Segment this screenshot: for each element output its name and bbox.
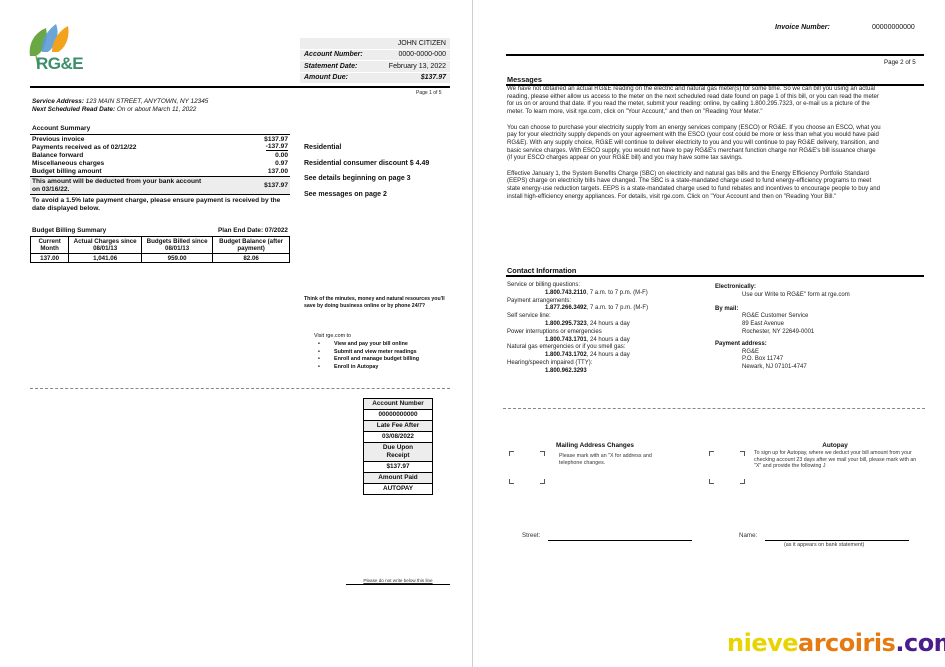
mail-line: 89 East Avenue bbox=[715, 321, 915, 329]
tear-line bbox=[30, 388, 450, 389]
summary-total-value: $137.97 bbox=[264, 182, 288, 190]
contact-label: Natural gas emergencies or if you smell … bbox=[507, 344, 712, 352]
autopay-checkbox[interactable] bbox=[709, 451, 745, 484]
bullet-icon: • bbox=[318, 341, 334, 349]
watermark-part: arcoiris bbox=[798, 629, 895, 657]
watermark-part: .com bbox=[895, 629, 945, 657]
bill-page-1: RG&E JOHN CITIZEN Account Number: 0000-0… bbox=[0, 0, 472, 667]
summary-value: $137.97 bbox=[264, 136, 288, 143]
list-item: •Submit and view meter readings bbox=[314, 349, 419, 357]
tear-line bbox=[503, 408, 925, 409]
rate-info: Residential Residential consumer discoun… bbox=[304, 143, 444, 205]
summary-value: 0.00 bbox=[275, 152, 288, 159]
summary-total-row: This amount will be deducted from your b… bbox=[30, 176, 290, 195]
column-header: Current Month bbox=[31, 237, 69, 254]
header-rule bbox=[30, 86, 450, 88]
watermark-part: nieve bbox=[727, 629, 798, 657]
list-item: •Enroll in Autopay bbox=[314, 364, 419, 372]
mailing-changes-text: Please mark with an "X for address and t… bbox=[559, 453, 669, 466]
stub-cell: Due Upon Receipt bbox=[363, 443, 433, 462]
summary-label: Balance forward bbox=[32, 152, 83, 159]
stub-cell: Late Fee After bbox=[363, 421, 433, 432]
contact-label: Power interruptions or emergencies bbox=[507, 329, 712, 337]
invoice-number-value: 00000000000 bbox=[872, 24, 915, 31]
stub-cell: Account Number bbox=[363, 398, 433, 410]
invoice-number-label: Invoice Number: bbox=[775, 24, 830, 31]
section-rule bbox=[506, 275, 924, 277]
column-header: Budget Balance (after payment) bbox=[213, 237, 290, 254]
contact-label: Self service line: bbox=[507, 313, 712, 321]
summary-value: 137.00 bbox=[268, 168, 288, 175]
payment-address-label: Payment address: bbox=[715, 341, 915, 349]
mail-line: RG&E Customer Service bbox=[715, 313, 915, 321]
late-payment-warning: To avoid a 1.5% late payment charge, ple… bbox=[30, 195, 290, 212]
mailing-changes-title: Mailing Address Changes bbox=[540, 442, 650, 449]
message-paragraph: Effective January 1, the System Benefits… bbox=[507, 170, 882, 201]
invoice-number: Invoice Number: 00000000000 bbox=[775, 24, 830, 31]
page-number: Page 1 of 5 bbox=[416, 90, 442, 96]
phone-number[interactable]: 1.877.266.3492 bbox=[545, 305, 587, 311]
summary-value: 0.97 bbox=[275, 160, 288, 167]
message-paragraph: You can choose to purchase your electric… bbox=[507, 124, 882, 163]
table-cell: 137.00 bbox=[31, 254, 69, 263]
name-field[interactable] bbox=[765, 540, 909, 541]
mail-label: By mail: bbox=[715, 306, 915, 314]
statement-date-label: Statement Date: bbox=[304, 63, 357, 70]
messages-title: Messages bbox=[507, 75, 542, 84]
account-summary: Account Summary Previous invoice$137.97 … bbox=[30, 125, 290, 212]
summary-row: Payments received as of 02/12/22-137.97 bbox=[30, 143, 290, 151]
contact-label: Service or billing questions: bbox=[507, 282, 712, 290]
summary-row: Previous invoice$137.97 bbox=[30, 135, 290, 143]
summary-row: Miscellaneous charges0.97 bbox=[30, 160, 290, 168]
payment-stub: Account Number 00000000000 Late Fee Afte… bbox=[363, 398, 433, 495]
amount-due-row: Amount Due: $137.97 bbox=[300, 73, 450, 85]
page-number: Page 2 of 5 bbox=[884, 59, 916, 66]
list-item-text: Enroll and manage budget billing bbox=[334, 356, 419, 362]
phone-number[interactable]: 1.800.295.7323 bbox=[545, 321, 587, 327]
messages-reference: See messages on page 2 bbox=[304, 190, 444, 200]
street-field[interactable] bbox=[548, 540, 692, 541]
electronically-label: Electronically: bbox=[715, 284, 915, 292]
amount-due-label: Amount Due: bbox=[304, 74, 348, 81]
summary-label: Payments received as of 02/12/22 bbox=[32, 144, 136, 151]
consumer-discount: Residential consumer discount $ 4.49 bbox=[304, 159, 444, 169]
list-item-text: Submit and view meter readings bbox=[334, 349, 417, 355]
phone-hours: , 24 hours a day bbox=[587, 321, 630, 327]
payment-line: RG&E bbox=[715, 349, 915, 357]
table-row: 137.00 1,041.06 959.00 82.06 bbox=[31, 254, 290, 263]
contact-label: Payment arrangements: bbox=[507, 298, 712, 306]
account-number-row: Account Number: 0000-0000-000 bbox=[300, 50, 450, 62]
watermark-logo: nievearcoiris.com bbox=[727, 629, 945, 657]
phone-hours: , 7 a.m. to 7 p.m. (M-F) bbox=[586, 290, 647, 296]
header-rule bbox=[506, 54, 924, 56]
service-address-value: 123 MAIN STREET, ANYTOWN, NY 12345 bbox=[86, 98, 209, 105]
stub-cell: $137.97 bbox=[363, 462, 433, 473]
list-item-text: Enroll in Autopay bbox=[334, 364, 378, 370]
summary-label: Budget billing amount bbox=[32, 168, 102, 175]
service-address-label: Service Address: bbox=[32, 98, 84, 105]
amount-due-value: $137.97 bbox=[421, 74, 446, 81]
bullet-icon: • bbox=[318, 349, 334, 357]
table-cell: 1,041.06 bbox=[69, 254, 142, 263]
contact-phones: Service or billing questions: 1.800.743.… bbox=[507, 282, 712, 376]
phone-number[interactable]: 1.800.743.1701 bbox=[545, 337, 587, 343]
visit-website-list: Visit rge.com to •View and pay your bill… bbox=[314, 333, 419, 372]
name-field-note: (as it appears on bank statement) bbox=[784, 542, 864, 548]
summary-row: Budget billing amount137.00 bbox=[30, 168, 290, 176]
stub-cell: 03/08/2022 bbox=[363, 432, 433, 443]
contact-label: Hearing/speech impaired (TTY): bbox=[507, 360, 712, 368]
statement-date-row: Statement Date: February 13, 2022 bbox=[300, 61, 450, 73]
list-item-text: View and pay your bill online bbox=[334, 341, 408, 347]
summary-label: Previous invoice bbox=[32, 136, 84, 143]
table-cell: 82.06 bbox=[213, 254, 290, 263]
account-number-label: Account Number: bbox=[304, 51, 363, 58]
budget-billing-table: Current Month Actual Charges since 08/01… bbox=[30, 236, 290, 263]
summary-label: Miscellaneous charges bbox=[32, 160, 104, 167]
contact-title: Contact Information bbox=[507, 266, 576, 275]
messages-body: We have not obtained an actual RG&E read… bbox=[507, 85, 882, 208]
stub-cell: 00000000000 bbox=[363, 410, 433, 421]
name-label: Name: bbox=[739, 532, 757, 539]
address-change-checkbox[interactable] bbox=[509, 451, 545, 484]
autopay-title: Autopay bbox=[790, 442, 880, 449]
table-cell: 959.00 bbox=[141, 254, 212, 263]
electronically-text: Use our Write to RG&E" form at rge.com bbox=[715, 292, 915, 300]
bullet-icon: • bbox=[318, 364, 334, 372]
plan-end-date: Plan End Date: 07/2022 bbox=[218, 227, 288, 236]
summary-value: -137.97 bbox=[266, 143, 288, 151]
next-read-label: Next Scheduled Read Date: bbox=[32, 106, 115, 113]
online-promo: Think of the minutes, money and natural … bbox=[304, 296, 454, 310]
summary-total-label: This amount will be deducted from your b… bbox=[32, 178, 207, 193]
autopay-text: To sign up for Autopay, where we deduct … bbox=[754, 450, 924, 470]
column-header: Actual Charges since 08/01/13 bbox=[69, 237, 142, 254]
list-item: •View and pay your bill online bbox=[314, 341, 419, 349]
phone-hours: , 7 a.m. to 7 p.m. (M-F) bbox=[587, 305, 648, 311]
details-reference: See details beginning on page 3 bbox=[304, 174, 444, 184]
summary-row: Balance forward0.00 bbox=[30, 151, 290, 159]
phone-hours: , 24 hours a day bbox=[587, 352, 630, 358]
stub-cell: AUTOPAY bbox=[363, 484, 433, 495]
stub-cell: Amount Paid bbox=[363, 473, 433, 484]
street-label: Street: bbox=[522, 532, 540, 539]
message-paragraph: We have not obtained an actual RG&E read… bbox=[507, 85, 882, 116]
contact-addresses: Electronically: Use our Write to RG&E" f… bbox=[715, 284, 915, 372]
phone-number[interactable]: 1.800.962.3293 bbox=[545, 368, 587, 374]
column-header: Budgets Billed since 08/01/13 bbox=[141, 237, 212, 254]
payment-line: Newark, NJ 07101-4747 bbox=[715, 364, 915, 372]
budget-billing-summary: Budget Billing Summary Plan End Date: 07… bbox=[30, 227, 290, 263]
phone-number[interactable]: 1.800.743.1702 bbox=[545, 352, 587, 358]
list-item: •Enroll and manage budget billing bbox=[314, 356, 419, 364]
rate-type: Residential bbox=[304, 143, 444, 153]
bullet-icon: • bbox=[318, 356, 334, 364]
do-not-write-notice: Please do not write below this line bbox=[346, 578, 450, 585]
company-logo-text: RG&E bbox=[36, 54, 83, 74]
service-info: Service Address: 123 MAIN STREET, ANYTOW… bbox=[32, 98, 208, 114]
phone-hours: , 24 hours a day bbox=[587, 337, 630, 343]
visit-intro: Visit rge.com to bbox=[314, 333, 419, 341]
account-number-value: 0000-0000-000 bbox=[399, 51, 447, 58]
phone-number[interactable]: 1.800.743.2110 bbox=[545, 290, 586, 296]
payment-line: P.O. Box 11747 bbox=[715, 356, 915, 364]
budget-billing-title: Budget Billing Summary bbox=[32, 227, 106, 236]
account-info-box: JOHN CITIZEN Account Number: 0000-0000-0… bbox=[300, 38, 450, 84]
customer-name-row: JOHN CITIZEN bbox=[300, 38, 450, 50]
customer-name: JOHN CITIZEN bbox=[398, 40, 446, 47]
statement-date-value: February 13, 2022 bbox=[389, 63, 446, 70]
next-read-value: On or about March 11, 2022 bbox=[117, 106, 196, 113]
mail-line: Rochester, NY 22649-0001 bbox=[715, 329, 915, 337]
account-summary-title: Account Summary bbox=[30, 125, 290, 134]
